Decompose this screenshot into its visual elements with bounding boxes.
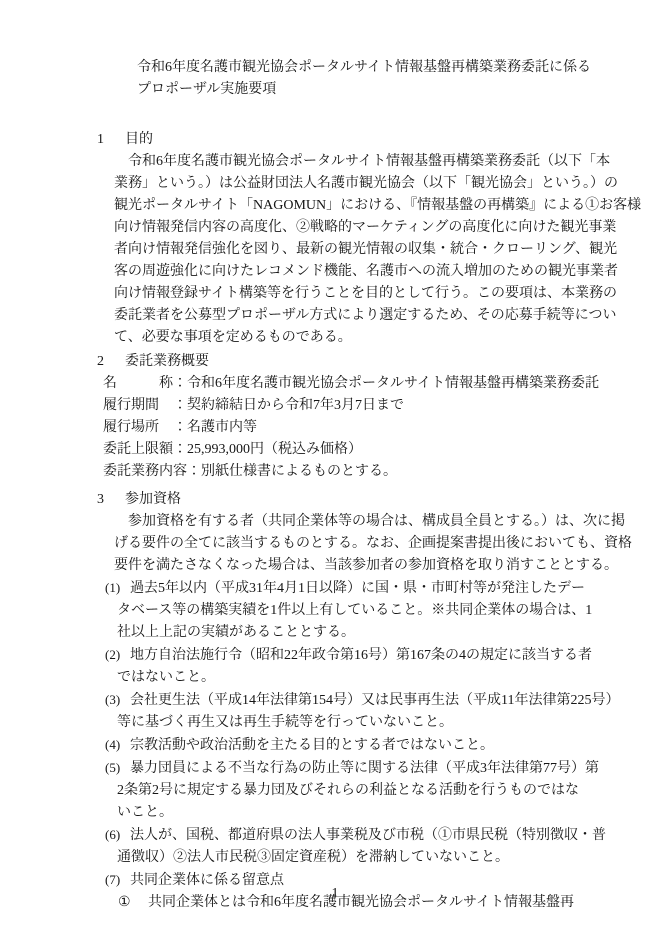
section-outline-heading: 2委託業務概要 [97,351,670,373]
item-marker: (6) [105,824,130,846]
list-item-5: (5)暴力団員による不当な行為の防止等に関する法律（平成3年法律第77号）第 2… [97,757,670,824]
item-text: 会社更生法（平成14年法律第154号）又は民事再生法（平成11年法律第225号） [130,693,619,708]
paragraph-line: 観光ポータルサイト「NAGOMUN」における、『情報基盤の再構築』による①お客様 [114,195,670,217]
section-number: 2 [97,351,125,373]
list-item-line: (2)地方自治法施行令（昭和22年政令第16号）第167条の4の規定に該当する者 [105,644,670,667]
paragraph-line: 参加資格を有する者（共同企業体等の場合は、構成員全員とする。）は、次に掲 [114,511,670,533]
list-item-3: (3)会社更生法（平成14年法律第154号）又は民事再生法（平成11年法律第22… [97,689,670,734]
item-text: 法人が、国税、都道府県の法人事業税及び市税（①市県民税（特別徴収・普 [130,828,606,843]
detail-content: 委託業務内容：別紙仕様書によるものとする。 [103,461,670,483]
title-line-2: プロポーザル実施要項 [137,79,670,101]
list-item-line: (1)過去5年以内（平成31年4月1日以降）に国・県・市町村等が発注したデー [105,577,670,600]
list-item-line: 2条第2号に規定する暴力団及びそれらの利益となる活動を行うものではな [117,780,670,802]
paragraph-line: 要件を満たさなくなった場合は、当該参加者の参加資格を取り消すこととする。 [114,555,670,577]
paragraph-line: 令和6年度名護市観光協会ポータルサイト情報基盤再構築業務委託（以下「本 [114,151,670,173]
list-item-line: 等に基づく再生又は再生手続等を行っていないこと。 [117,712,670,734]
paragraph-line: 委託業者を公募型プロポーザル方式により選定するため、その応募手続等につい [114,305,670,327]
item-marker: (2) [105,644,130,666]
list-item-4: (4)宗教活動や政治活動を主たる目的とする者ではないこと。 [97,734,670,757]
item-text: 地方自治法施行令（昭和22年政令第16号）第167条の4の規定に該当する者 [130,648,592,663]
paragraph-line: 向け情報発信内容の高度化、②戦略的マーケティングの高度化に向けた観光事業 [114,217,670,239]
section-purpose-heading: 1目的 [97,129,670,151]
paragraph-line: て、必要な事項を定めるものである。 [114,327,670,349]
section-heading-text: 参加資格 [125,492,181,507]
list-item-line: タベース等の構築実績を1件以上有していること。※共同企業体の場合は、1 [117,600,670,622]
document-page: 令和6年度名護市観光協会ポータルサイト情報基盤再構築業務委託に係る プロポーザル… [0,0,670,948]
title-line-1: 令和6年度名護市観光協会ポータルサイト情報基盤再構築業務委託に係る [137,57,670,79]
section-qualification: 3参加資格 参加資格を有する者（共同企業体等の場合は、構成員全員とする。）は、次… [97,489,670,914]
list-item-line: (3)会社更生法（平成14年法律第154号）又は民事再生法（平成11年法律第22… [105,689,670,712]
list-item-1: (1)過去5年以内（平成31年4月1日以降）に国・県・市町村等が発注したデー タ… [97,577,670,644]
item-marker: (3) [105,689,130,711]
paragraph-line: 者向け情報発信強化を図り、最新の観光情報の収集・統合・クローリング、観光 [114,239,670,261]
item-marker: (4) [105,734,130,756]
item-text: 宗教活動や政治活動を主たる目的とする者ではないこと。 [130,738,494,753]
list-item-line: (5)暴力団員による不当な行為の防止等に関する法律（平成3年法律第77号）第 [105,757,670,780]
item-text: 暴力団員による不当な行為の防止等に関する法律（平成3年法律第77号）第 [130,761,599,776]
list-item-6: (6)法人が、国税、都道府県の法人事業税及び市税（①市県民税（特別徴収・普 通徴… [97,824,670,869]
list-item-2: (2)地方自治法施行令（昭和22年政令第16号）第167条の4の規定に該当する者… [97,644,670,689]
section-heading-text: 目的 [125,132,153,147]
list-item-line: (6)法人が、国税、都道府県の法人事業税及び市税（①市県民税（特別徴収・普 [105,824,670,847]
section-number: 3 [97,489,125,511]
section-outline: 2委託業務概要 名 称：令和6年度名護市観光協会ポータルサイト情報基盤再構築業務… [97,351,670,483]
detail-name: 名 称：令和6年度名護市観光協会ポータルサイト情報基盤再構築業務委託 [103,373,670,395]
list-item-line: (4)宗教活動や政治活動を主たる目的とする者ではないこと。 [105,734,670,757]
document-title: 令和6年度名護市観光協会ポータルサイト情報基盤再構築業務委託に係る プロポーザル… [137,57,670,101]
list-item-line: 通徴収）②法人市民税③固定資産税）を滞納していないこと。 [117,847,670,869]
list-item-line: 社以上上記の実績があることとする。 [117,622,670,644]
item-text: 過去5年以内（平成31年4月1日以降）に国・県・市町村等が発注したデー [130,581,585,596]
section-purpose: 1目的 令和6年度名護市観光協会ポータルサイト情報基盤再構築業務委託（以下「本 … [97,129,670,349]
list-item-line: ではないこと。 [117,667,670,689]
list-item-line: いこと。 [117,802,670,824]
paragraph-line: 客の周遊強化に向けたレコメンド機能、名護市への流入増加のための観光事業者 [114,261,670,283]
item-marker: (1) [105,577,130,599]
section-heading-text: 委託業務概要 [125,354,209,369]
paragraph-line: 向け情報登録サイト構築等を行うことを目的として行う。この要項は、本業務の [114,283,670,305]
detail-period: 履行期間 ：契約締結日から令和7年3月7日まで [103,395,670,417]
detail-budget: 委託上限額：25,993,000円（税込み価格） [103,439,670,461]
item-marker: (5) [105,757,130,779]
section-qualification-heading: 3参加資格 [97,489,670,511]
paragraph-line: げる要件の全てに該当するものとする。なお、企画提案書提出後においても、資格 [114,533,670,555]
section-number: 1 [97,129,125,151]
page-number: 1 [0,883,670,905]
detail-place: 履行場所 ：名護市内等 [103,417,670,439]
paragraph-line: 業務」という。）は公益財団法人名護市観光協会（以下「観光協会」という。）の [114,173,670,195]
